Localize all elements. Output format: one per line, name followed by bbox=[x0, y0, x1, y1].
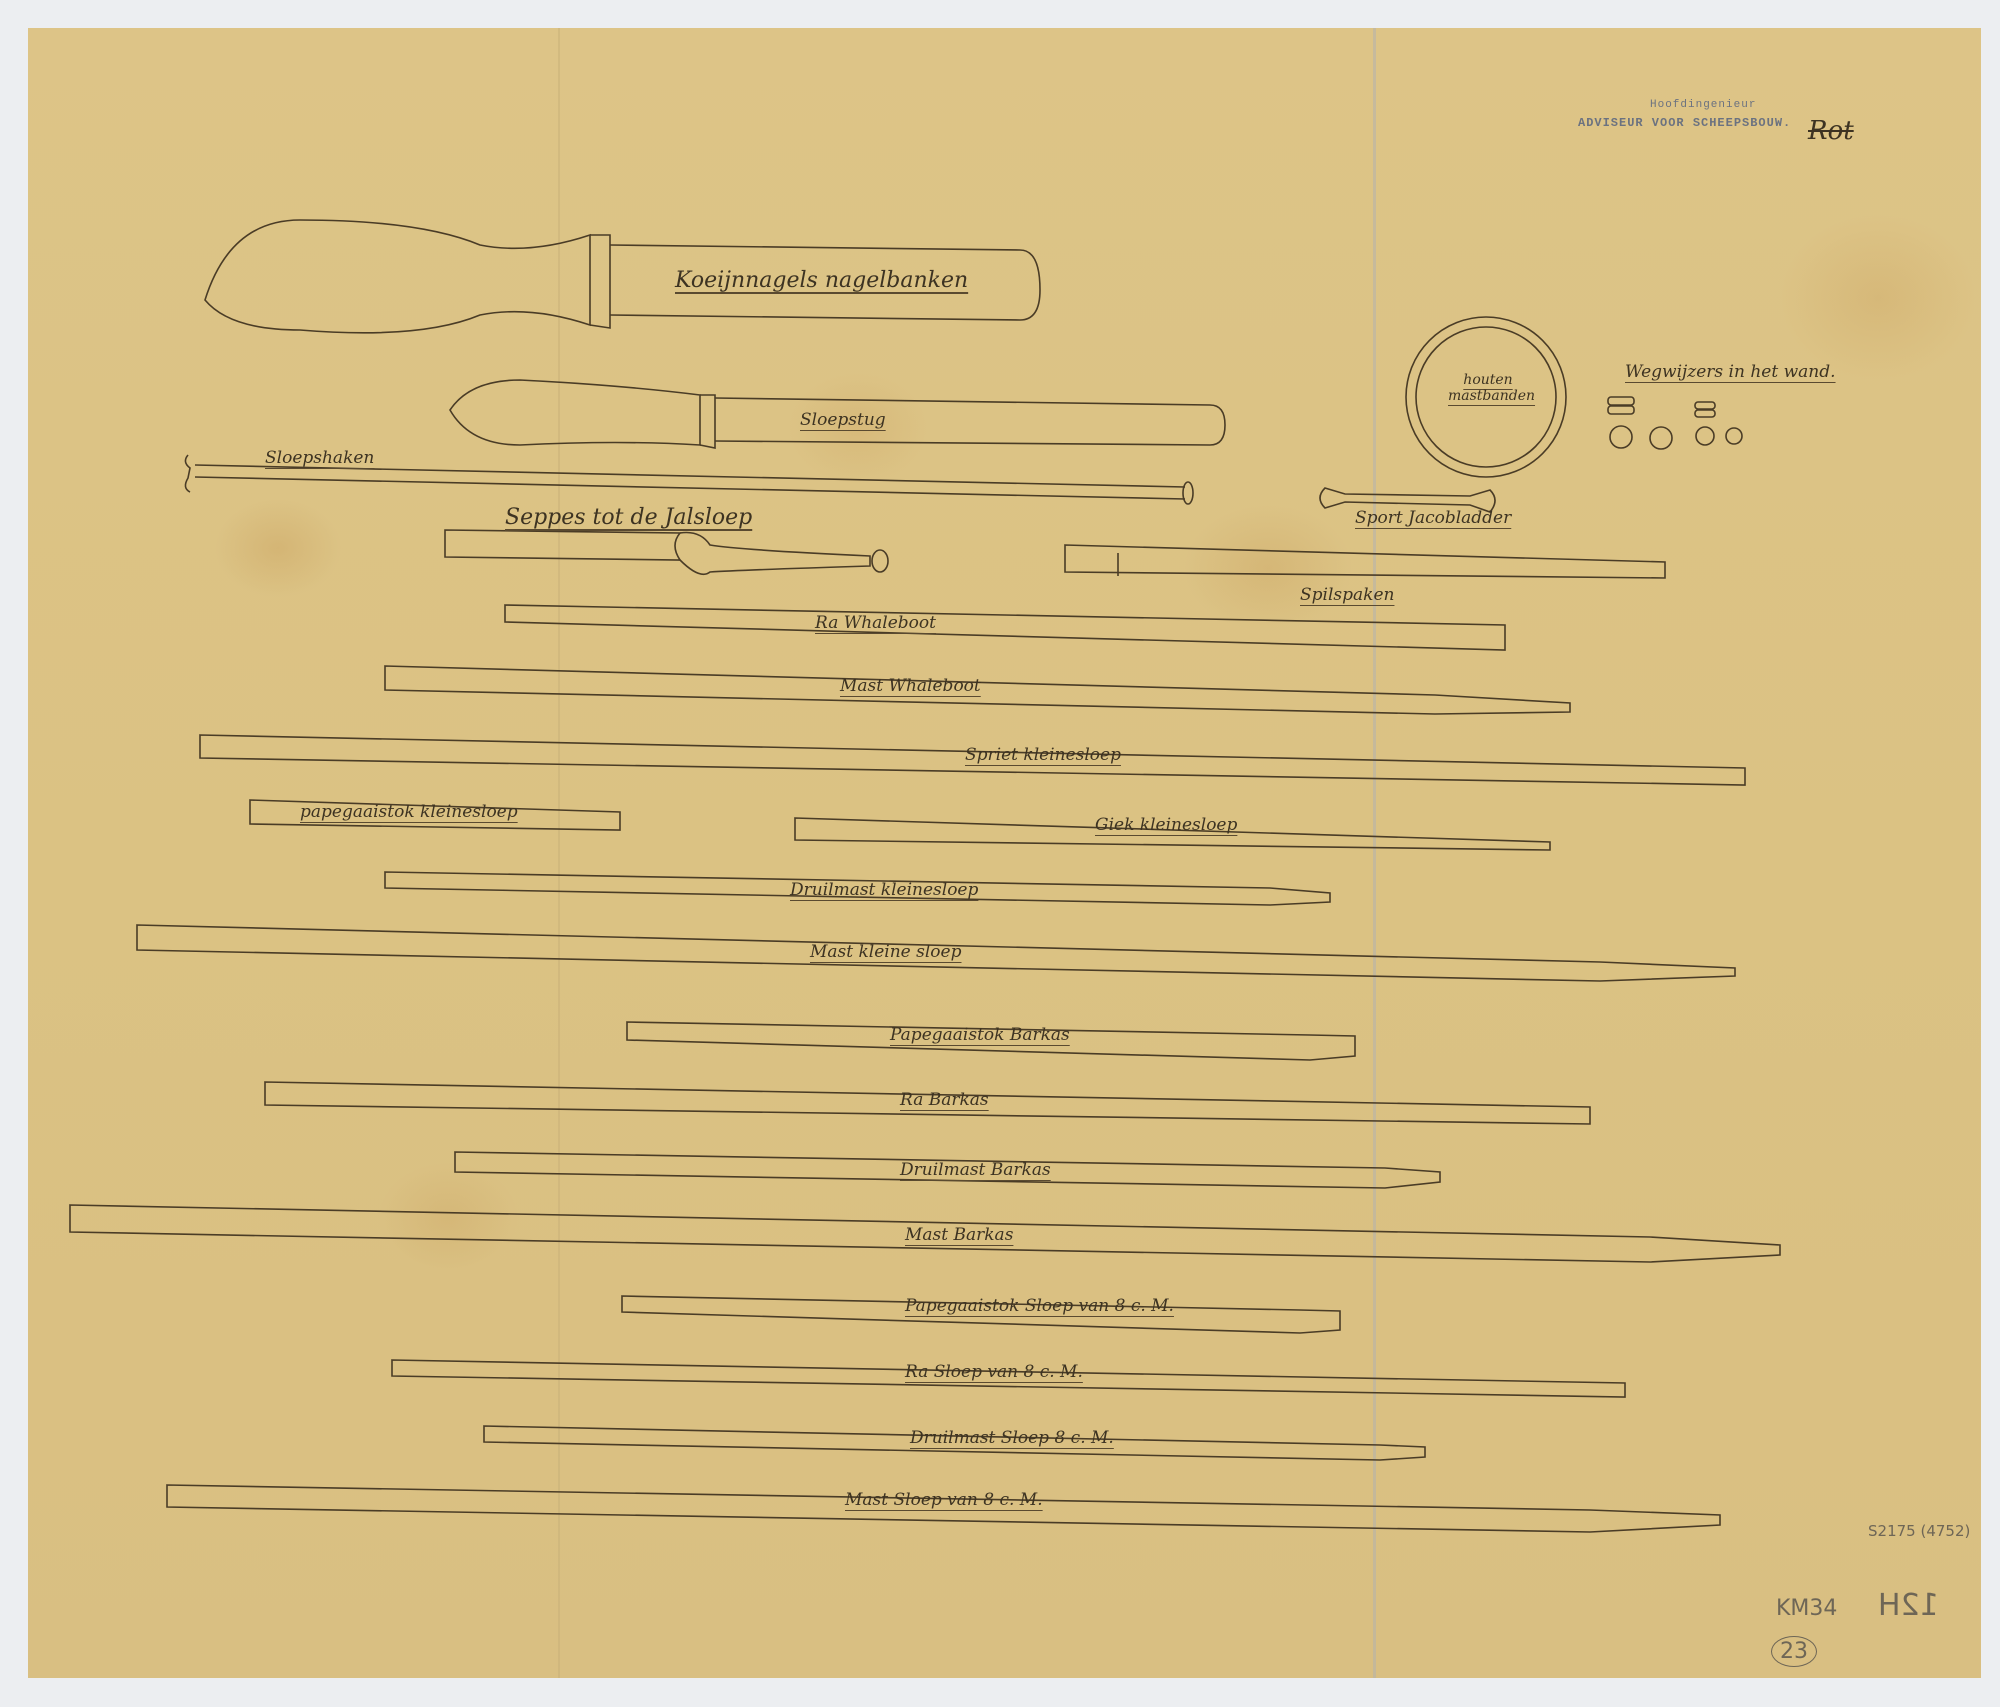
label-spriet: Spriet kleinesloep bbox=[965, 745, 1121, 765]
collection-code: KM34 bbox=[1776, 1596, 1837, 1621]
label-sloepshaken: Sloepshaken bbox=[265, 448, 374, 468]
technical-drawing bbox=[0, 0, 2000, 1707]
catalog-code: S2175 (4752) bbox=[1868, 1522, 1970, 1540]
label-mast-barkas: Mast Barkas bbox=[905, 1225, 1013, 1245]
label-koeinagels: Koeijnnagels nagelbanken bbox=[675, 268, 968, 293]
capstan-bar-drawing bbox=[1065, 545, 1665, 578]
signature: Rot bbox=[1808, 116, 1854, 146]
label-ra-whaleboot: Ra Whaleboot bbox=[815, 613, 936, 633]
sheet-code: 12H bbox=[1878, 1588, 1939, 1623]
label-papegaaistok-kleinesloep: papegaaistok kleinesloep bbox=[300, 802, 518, 822]
circled-number: 23 bbox=[1771, 1636, 1817, 1667]
stamp-title: Hoofdingenieur bbox=[1650, 99, 1756, 111]
label-mastbanden: houten mastbanden bbox=[1448, 372, 1528, 404]
label-mast-whaleboot: Mast Whaleboot bbox=[840, 676, 981, 696]
label-sport-jacobladder: Sport Jacobladder bbox=[1355, 508, 1511, 528]
label-druilmast-kleinesloep: Druilmast kleinesloep bbox=[790, 880, 978, 900]
label-papegaaistok-sloep: Papegaaistok Sloep van 8 c. M. bbox=[905, 1296, 1174, 1316]
stamp-department: ADVISEUR VOOR SCHEEPSBOUW. bbox=[1578, 116, 1791, 130]
label-wegwijzers: Wegwijzers in het wand. bbox=[1625, 362, 1836, 382]
label-mast-kleinesloep: Mast kleine sloep bbox=[810, 942, 962, 962]
label-druilmast-barkas: Druilmast Barkas bbox=[900, 1160, 1051, 1180]
label-spilspaken: Spilspaken bbox=[1300, 585, 1394, 605]
label-ra-barkas: Ra Barkas bbox=[900, 1090, 989, 1110]
label-giek: Giek kleinesloep bbox=[1095, 815, 1237, 835]
seppes-drawing bbox=[445, 530, 888, 574]
label-seppes: Seppes tot de Jalsloep bbox=[505, 505, 752, 530]
fairlead-parts-drawing bbox=[1608, 397, 1742, 449]
label-mast-sloep: Mast Sloep van 8 c. M. bbox=[845, 1490, 1043, 1510]
label-sloepstug: Sloepstug bbox=[800, 410, 886, 430]
label-druilmast-sloep: Druilmast Sloep 8 c. M. bbox=[910, 1428, 1114, 1448]
spars-drawing bbox=[70, 605, 1780, 1532]
label-papegaaistok-barkas: Papegaaistok Barkas bbox=[890, 1025, 1070, 1045]
label-ra-sloep: Ra Sloep van 8 c. M. bbox=[905, 1362, 1083, 1382]
